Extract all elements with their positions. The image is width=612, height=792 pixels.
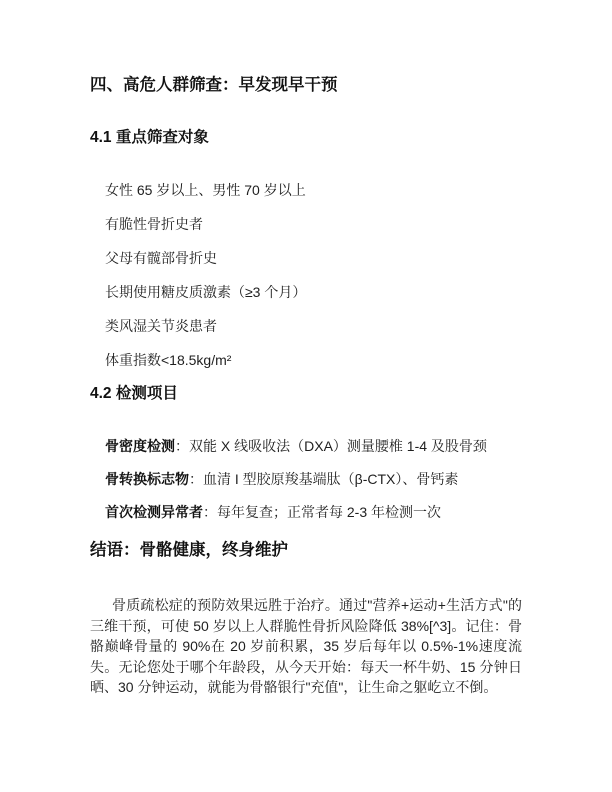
- conclusion-paragraph: 骨质疏松症的预防效果远胜于治疗。通过"营养+运动+生活方式"的三维干预，可使 5…: [90, 595, 522, 698]
- test-item-label: 骨转换标志物: [105, 471, 189, 487]
- screening-item: 父母有髋部骨折史: [90, 248, 522, 268]
- test-item-text: ：血清 I 型胶原羧基端肽（β-CTX）、骨钙素: [189, 471, 458, 487]
- screening-item: 女性 65 岁以上、男性 70 岁以上: [90, 180, 522, 200]
- section-4-1-heading: 4.1 重点筛查对象: [90, 128, 522, 147]
- document-page: 四、高危人群筛查：早发现早干预 4.1 重点筛查对象 女性 65 岁以上、男性 …: [0, 0, 612, 792]
- test-item: 骨转换标志物：血清 I 型胶原羧基端肽（β-CTX）、骨钙素: [90, 469, 522, 489]
- screening-item: 类风湿关节炎患者: [90, 316, 522, 336]
- screening-item-bmi: 体重指数<18.5kg/m²: [90, 350, 522, 370]
- conclusion-heading: 结语：骨骼健康，终身维护: [90, 540, 522, 560]
- main-heading: 四、高危人群筛查：早发现早干预: [90, 75, 522, 95]
- test-item-text: ：每年复查；正常者每 2-3 年检测一次: [203, 504, 441, 520]
- screening-item: 长期使用糖皮质激素（≥3 个月）: [90, 282, 522, 302]
- test-item-label: 骨密度检测: [105, 438, 175, 454]
- test-item: 首次检测异常者：每年复查；正常者每 2-3 年检测一次: [90, 502, 522, 522]
- test-item: 骨密度检测：双能 X 线吸收法（DXA）测量腰椎 1-4 及股骨颈: [90, 436, 522, 456]
- section-4-2-heading: 4.2 检测项目: [90, 384, 522, 403]
- screening-item: 有脆性骨折史者: [90, 214, 522, 234]
- test-item-label: 首次检测异常者: [105, 504, 203, 520]
- test-item-text: ：双能 X 线吸收法（DXA）测量腰椎 1-4 及股骨颈: [175, 438, 487, 454]
